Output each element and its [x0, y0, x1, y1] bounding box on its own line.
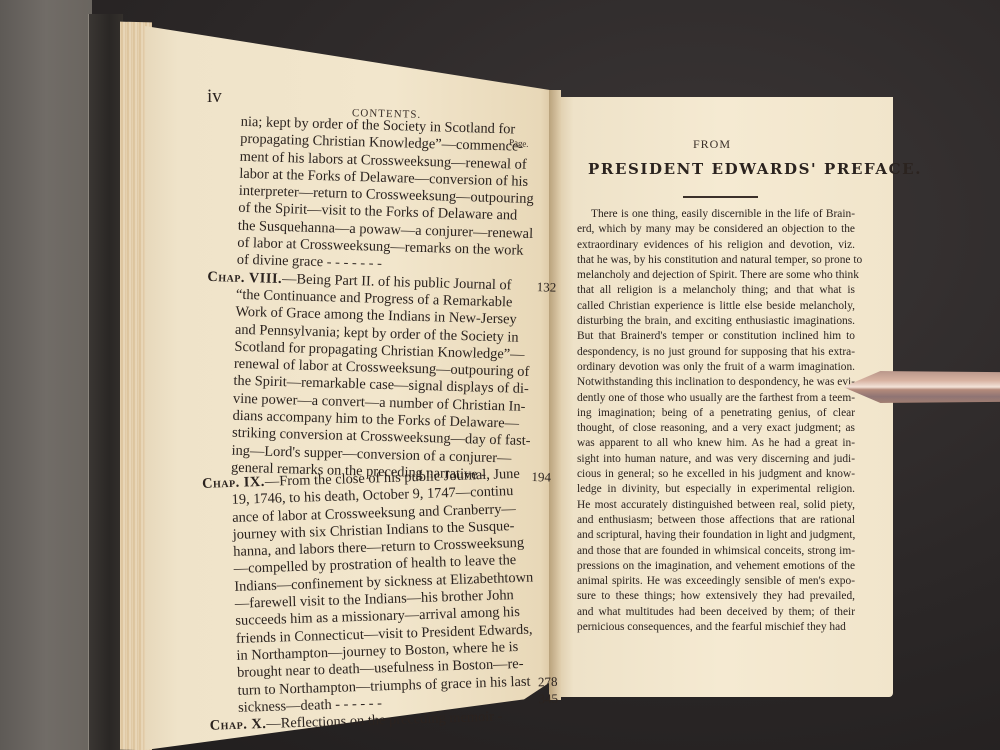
preface-line: and what multitudes had been deceived by…	[577, 605, 855, 620]
preface-line: But that Brainerd's temper or constituti…	[577, 329, 855, 344]
preface-from-label: FROM	[693, 137, 731, 152]
preface-line: dently one of those who usually are the …	[577, 391, 855, 406]
preface-line: There is one thing, easily discernible i…	[577, 207, 855, 222]
preface-title: PRESIDENT EDWARDS' PREFACE.	[588, 160, 922, 178]
table-of-contents: nia; kept by order of the Society in Sco…	[195, 113, 537, 745]
preface-line: sight into human nature, and was very di…	[577, 452, 855, 467]
preface-line: animal spirits. He was exceedingly sensi…	[577, 574, 855, 589]
preface-line: and enthusiasm; between those affections…	[577, 513, 855, 528]
chapter-label: Chap. X.	[209, 716, 266, 734]
preface-line: that he was, by his constitution and nat…	[577, 253, 855, 268]
page-number: iv	[207, 86, 222, 108]
preface-line: erd, which by many may be considered an …	[577, 222, 855, 237]
toc-page-number: 278	[538, 673, 558, 691]
title-rule	[683, 196, 758, 198]
book-spine-edge	[88, 14, 123, 750]
book-gutter	[549, 90, 561, 700]
preface-line: ing imagination; being of a penetrating …	[577, 406, 855, 421]
preface-line: ordinary devotion was only the fruit of …	[577, 360, 855, 375]
preface-line: despondency, is no just ground for suppo…	[577, 345, 855, 360]
preface-line: and scriptural, having their foundation …	[577, 528, 855, 543]
toc-page-number: 132	[537, 278, 557, 296]
book-cover-board	[0, 0, 92, 750]
preface-line: and those that are founded in whimsical …	[577, 544, 855, 559]
preface-line: that all religion is a melancholy thing;…	[577, 283, 855, 298]
preface-line: was apparent to all who knew him. As he …	[577, 436, 855, 451]
preface-line: thought, of close reasoning, and a very …	[577, 421, 855, 436]
preface-line: sure to these things; how extensively th…	[577, 589, 855, 604]
preface-line: melancholy and dejection of Spirit. Ther…	[577, 268, 855, 283]
preface-text: There is one thing, easily discernible i…	[577, 207, 855, 635]
preface-line: called Christian experience is little el…	[577, 299, 855, 314]
preface-line: extraordinary evidences of his religion …	[577, 238, 855, 253]
chapter-label: Chap. IX.	[202, 474, 265, 492]
preface-line: pernicious consequences, and the fearful…	[577, 620, 855, 635]
chapter-label: Chap. VIII.	[207, 269, 282, 287]
preface-line: pressions on the imagination, and veheme…	[577, 559, 855, 574]
preface-line: He most accurately distinguished between…	[577, 498, 855, 513]
preface-line: disturbing the brain, and exciting enthu…	[577, 314, 855, 329]
preface-line: ledge in divinity, but especially in exp…	[577, 482, 855, 497]
toc-page-number: 194	[531, 468, 551, 486]
preface-line: Notwithstanding this inclination to desp…	[577, 375, 855, 390]
preface-line: cious in general; so he excelled in his …	[577, 467, 855, 482]
toc-page-number: 345	[538, 690, 558, 708]
